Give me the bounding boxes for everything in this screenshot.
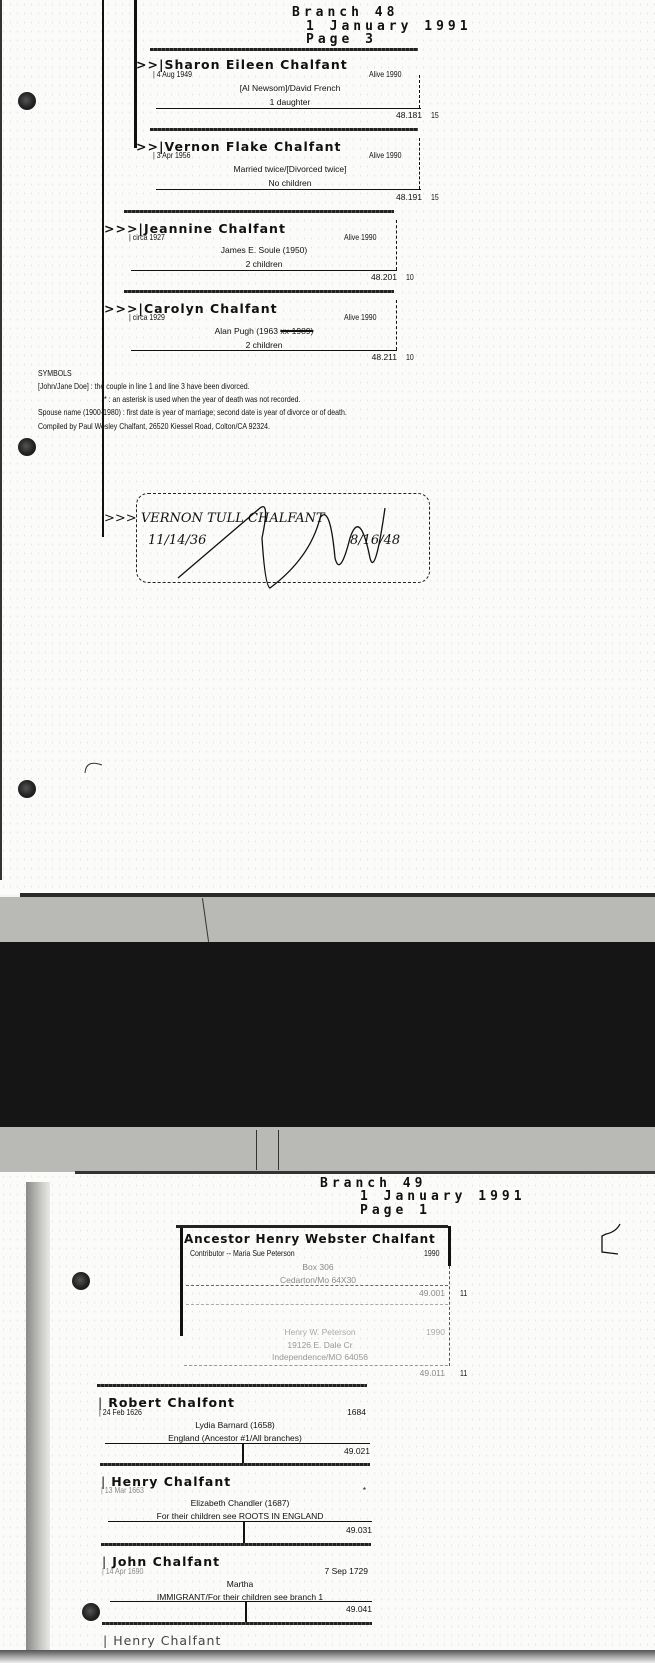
entry-id: 48.211 bbox=[355, 352, 397, 362]
tree-connector bbox=[243, 1521, 245, 1543]
person-name: Henry Chalfant bbox=[113, 1633, 221, 1648]
faded-year: 1990 bbox=[400, 1327, 445, 1337]
entry-right-border bbox=[419, 138, 422, 189]
status: Alive 1990 bbox=[344, 232, 377, 242]
entry-id: 49.021 bbox=[320, 1446, 370, 1456]
header-date: 1 January 1991 bbox=[360, 1189, 526, 1204]
contributor-address: Cedarton/Mo 64X30 bbox=[190, 1275, 446, 1285]
page-number: Page 3 bbox=[306, 32, 377, 47]
children: No children bbox=[160, 178, 420, 188]
faded-address: Independence/MO 64056 bbox=[250, 1352, 390, 1362]
ancestor-title: Ancestor Henry Webster Chalfant bbox=[184, 1232, 436, 1246]
entry-right-border bbox=[396, 300, 399, 350]
person-name: Jeannine Chalfant bbox=[144, 221, 286, 236]
death-date: * bbox=[330, 1485, 366, 1495]
entry-ref: 10 bbox=[406, 272, 414, 282]
death-date: 7 Sep 1729 bbox=[300, 1566, 368, 1576]
page-left-edge bbox=[0, 0, 2, 880]
entry-underline bbox=[110, 1601, 372, 1602]
tree-connector bbox=[245, 1601, 247, 1623]
entry-ref: 15 bbox=[431, 110, 439, 120]
children: 1 daughter bbox=[160, 97, 420, 107]
contributor-year: 1990 bbox=[424, 1248, 440, 1258]
entry-ref: 11 bbox=[460, 1368, 467, 1378]
entry-right-border bbox=[419, 75, 422, 108]
faded-name: Henry W. Peterson bbox=[260, 1327, 380, 1337]
ancestor-box-top bbox=[176, 1225, 448, 1228]
entry-underline bbox=[186, 1285, 448, 1287]
struck-text: xx-1989) bbox=[280, 326, 313, 336]
entry-divider bbox=[102, 1622, 372, 1625]
pen-bracket-mark-icon bbox=[596, 1222, 626, 1258]
person-name: Vernon Flake Chalfant bbox=[165, 139, 342, 154]
hole-punch-icon bbox=[18, 780, 36, 798]
birth-date: | 14 Apr 1690 bbox=[102, 1566, 143, 1576]
children: 2 children bbox=[134, 340, 394, 350]
entry-divider bbox=[150, 48, 418, 51]
entry-ref: 15 bbox=[431, 192, 439, 202]
page-top-rule bbox=[75, 1171, 655, 1174]
spouse: Alan Pugh (1963 xx-1989) bbox=[134, 326, 394, 336]
entry-ref: 10 bbox=[406, 352, 414, 362]
symbols-title: SYMBOLS bbox=[38, 368, 72, 378]
entry-right-border bbox=[396, 220, 399, 270]
ancestor-box-right-faded bbox=[449, 1266, 451, 1366]
ancestor-box-left bbox=[180, 1228, 183, 1336]
entry-underline bbox=[108, 1521, 372, 1522]
status: Alive 1990 bbox=[344, 312, 377, 322]
entry-underline bbox=[156, 189, 421, 190]
contributor-address: Box 306 bbox=[190, 1262, 446, 1272]
entry-henry-2: | Henry Chalfant bbox=[103, 1630, 221, 1649]
birth-date: | circa 1927 bbox=[129, 232, 165, 242]
note: For their children see ROOTS IN ENGLAND bbox=[110, 1511, 370, 1521]
tree-line-inner bbox=[134, 0, 137, 148]
spouse: Elizabeth Chandler (1687) bbox=[110, 1498, 370, 1508]
symbols-line: Compiled by Paul Wesley Chalfant, 26520 … bbox=[38, 421, 270, 431]
entry-id: 49.011 bbox=[395, 1368, 445, 1378]
death-date: 1684 bbox=[320, 1407, 366, 1417]
entry-underline bbox=[156, 108, 421, 109]
entry-id: 49.031 bbox=[320, 1525, 372, 1535]
entry-id: 49.001 bbox=[395, 1288, 445, 1298]
spouse: Martha bbox=[110, 1579, 370, 1589]
scanner-dark-band bbox=[0, 942, 655, 1127]
entry-divider bbox=[150, 128, 418, 131]
status: Alive 1990 bbox=[369, 150, 402, 160]
ancestor-box-bottom bbox=[184, 1365, 448, 1367]
page-binding-shadow bbox=[26, 1182, 50, 1652]
entry-id: 48.181 bbox=[380, 110, 422, 120]
entry-underline bbox=[131, 270, 397, 271]
scan-streak bbox=[278, 1130, 279, 1170]
entry-underline bbox=[105, 1443, 370, 1444]
hole-punch-icon bbox=[72, 1272, 90, 1290]
signature-scribble-icon bbox=[170, 498, 410, 590]
faded-address: 19126 E. Dale Cr bbox=[250, 1340, 390, 1350]
birth-date: | circa 1929 bbox=[129, 312, 165, 322]
scan-streak bbox=[256, 1130, 257, 1170]
ancestor-box-right bbox=[448, 1226, 451, 1266]
birth-date: | 3 Apr 1956 bbox=[153, 150, 190, 160]
entry-divider bbox=[124, 290, 394, 293]
symbols-line: Spouse name (1900-1980) : first date is … bbox=[38, 407, 347, 417]
contributor: Contributor -- Maria Sue Peterson bbox=[190, 1248, 295, 1258]
spouse: James E. Soule (1950) bbox=[134, 245, 394, 255]
symbols-line: * : an asterisk is used when the year of… bbox=[104, 394, 300, 404]
spouse: [Al Newsom]/David French bbox=[160, 83, 420, 93]
scanner-gray-band bbox=[0, 1127, 655, 1173]
entry-divider bbox=[97, 1384, 367, 1387]
entry-id: 49.041 bbox=[320, 1604, 372, 1614]
entry-ref: 11 bbox=[460, 1288, 467, 1298]
page-bottom-edge bbox=[0, 1650, 655, 1663]
spouse: Lydia Barnard (1658) bbox=[110, 1420, 360, 1430]
entry-divider bbox=[124, 210, 394, 213]
spouse: Married twice/[Divorced twice] bbox=[160, 164, 420, 174]
hole-punch-icon bbox=[18, 92, 36, 110]
note: England (Ancestor #1/All branches) bbox=[110, 1433, 360, 1443]
status: Alive 1990 bbox=[369, 69, 402, 79]
hole-punch-icon bbox=[18, 438, 36, 456]
birth-date: | 24 Feb 1626 bbox=[99, 1407, 142, 1417]
pen-mark-icon bbox=[80, 755, 110, 775]
children: 2 children bbox=[134, 259, 394, 269]
entry-divider bbox=[100, 1463, 370, 1466]
birth-date: | 4 Aug 1949 bbox=[153, 69, 192, 79]
entry-id: 48.201 bbox=[355, 272, 397, 282]
entry-id: 48.191 bbox=[380, 192, 422, 202]
branch-title: Branch 48 bbox=[292, 5, 398, 20]
entry-divider bbox=[101, 1543, 371, 1546]
birth-date: | 13 Mar 1663 bbox=[101, 1485, 144, 1495]
tree-connector bbox=[242, 1443, 244, 1464]
page-number: Page 1 bbox=[360, 1203, 431, 1218]
hole-punch-icon bbox=[82, 1603, 100, 1621]
symbols-line: [John/Jane Doe] : the couple in line 1 a… bbox=[38, 381, 250, 391]
scanner-gray-band bbox=[0, 897, 655, 943]
entry-underline bbox=[131, 350, 397, 351]
tree-line-outer bbox=[102, 0, 104, 537]
faded-divider bbox=[186, 1304, 448, 1306]
